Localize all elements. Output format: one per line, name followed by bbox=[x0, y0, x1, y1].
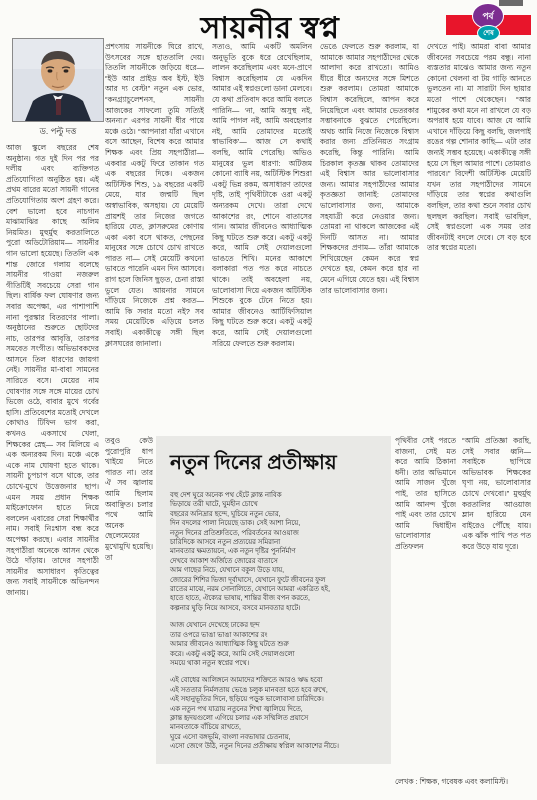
episode-badge-bottom-label: শেষ bbox=[483, 27, 494, 39]
article-column-2-wrap: তবুও কেউ পুরোপুরি ধাপ খাইয়ে নিতে পারত ন… bbox=[105, 436, 153, 793]
poem-box: নতুন দিনের প্রতীক্ষায় বহু দেশ ঘুরে অনেক… bbox=[156, 436, 391, 764]
poem-stanza-3: এই বোধের আলিঙ্গনে আমাদের শক্তিতে আরও ঋদ্… bbox=[170, 676, 377, 751]
poem-stanza-1: বহু দেশ ঘুরে অনেক পথ হেঁটে ক্লান্ত নাবিক… bbox=[170, 491, 377, 613]
poem-signature: ড. পল্টু দত্ত শিক্ষক, গবেষক এবং কলামিস্ট bbox=[170, 760, 377, 764]
author-credit: লেখক : শিক্ষক, গবেষক এবং কলামিস্ট। bbox=[395, 777, 531, 791]
newspaper-page: { "page": { "title": "সায়নীর স্বপ্ন", "… bbox=[0, 0, 537, 800]
article-wrap-right-1: পৃথিবীর সেই পরতে বাজনা, সেই মত করে আমি ঠ… bbox=[395, 436, 456, 793]
article-wrap-right-2: “আমি প্রতিজ্ঞা করছি, সেই সবার ধ্বনি— সবা… bbox=[462, 436, 531, 766]
page-corner-mark bbox=[499, 0, 523, 6]
article-column-4: ভেঙে ফেলতে শুরু করলাম, যা আমাকে আমার সহপ… bbox=[320, 42, 419, 433]
article-column-3: সত্যও, আমি একটি অমলিন অনুভূতি বুকে ধরে র… bbox=[212, 42, 312, 433]
author-photo-caption: ড. পল্টু দত্ত bbox=[6, 125, 110, 139]
article-column-2: প্রশংসায় সায়নীকে ঘিরে রাখে, উৎসবের সঙ্… bbox=[105, 42, 204, 433]
poem-title: নতুন দিনের প্রতীক্ষায় bbox=[170, 448, 377, 481]
page-title: সায়নীর স্বপ্ন bbox=[120, 4, 420, 44]
author-portrait-illustration bbox=[13, 39, 103, 121]
episode-badge-bottom-circle: শেষ bbox=[477, 25, 500, 41]
article-column-1: আজ স্কুলে বছরের শেষ অনুষ্ঠান। গত দুই দিন… bbox=[6, 143, 99, 793]
author-photo bbox=[12, 38, 104, 122]
episode-badge-top-label: পর্ব bbox=[482, 9, 493, 24]
poem-stanza-2: আজ যেখানে দেখেছে ঢাকের ছন্দ তার ওপরে ভাঙ… bbox=[170, 621, 377, 668]
article-column-5: দেখতে পাই। আমরা বাবা আমার জীবনের সবচেয়ে… bbox=[427, 42, 531, 433]
